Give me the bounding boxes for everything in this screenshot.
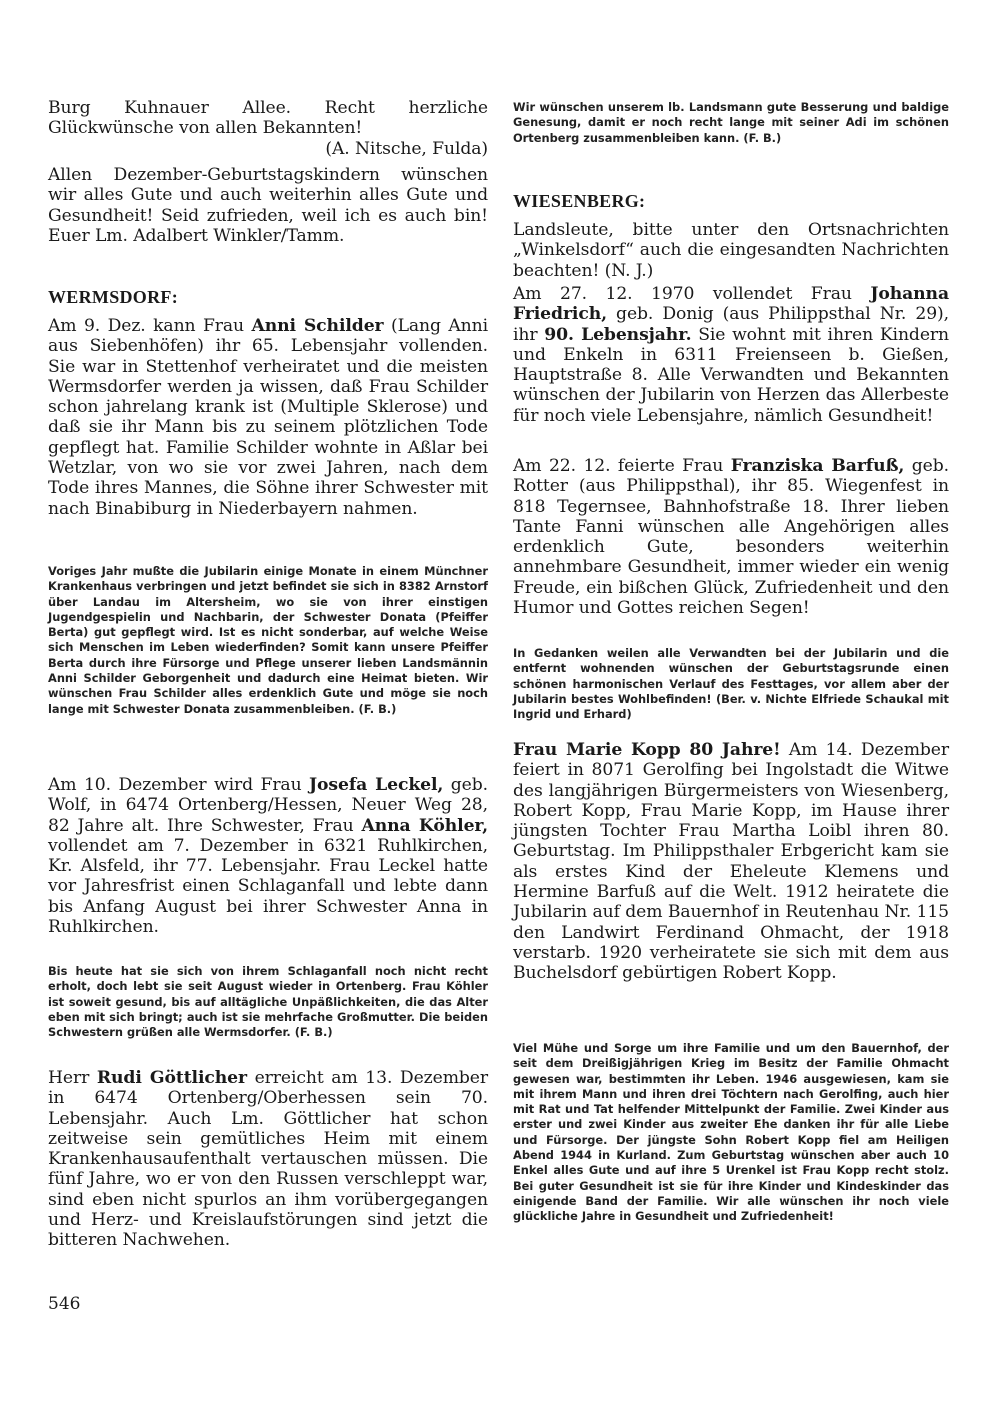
article-kopp-details: Viel Mühe und Sorge um ihre Familie und … [513, 1041, 949, 1225]
text: Am 27. 12. 1970 vollendet Frau [513, 284, 870, 304]
person-name: Anni Schilder [251, 316, 383, 336]
age: 90. Lebensjahr. [544, 325, 691, 345]
person-name: Anna Köhler, [362, 816, 489, 836]
article-goettlicher: Herr Rudi Göttlicher erreicht am 13. Dez… [48, 1068, 488, 1251]
page-number: 546 [48, 1294, 80, 1314]
article-schilder: Am 9. Dez. kann Frau Anni Schilder (Lang… [48, 316, 488, 519]
text: Am 14. Dezember feiert in 8071 Gerolfing… [513, 740, 949, 983]
paragraph-kuhnauer: Burg Kuhnauer Allee. Recht herzliche Glü… [48, 98, 488, 139]
article-leckel: Am 10. Dezember wird Frau Josefa Leckel,… [48, 775, 488, 937]
notice-winkelsdorf: Landsleute, bitte unter den Ortsnachrich… [513, 220, 949, 281]
text: Herr [48, 1068, 97, 1088]
signature-nitsche: (A. Nitsche, Fulda) [48, 139, 488, 159]
article-title: Frau Marie Kopp 80 Jahre! [513, 740, 781, 760]
text: erreicht am 13. Dezember in 6474 Ortenbe… [48, 1068, 488, 1250]
article-friedrich: Am 27. 12. 1970 vollendet Frau Johanna F… [513, 284, 949, 426]
article-barfuss-details: In Gedanken weilen alle Verwandten bei d… [513, 646, 949, 722]
person-name: Franziska Barfuß, [731, 456, 905, 476]
text: geb. Rotter (aus Philippsthal), ihr 85. … [513, 456, 949, 618]
article-goettlicher-details: Wir wünschen unserem lb. Landsmann gute … [513, 100, 949, 146]
heading-wermsdorf: WERMSDORF: [48, 287, 488, 308]
person-name: Josefa Leckel, [309, 775, 443, 795]
text: (Lang Anni aus Siebenhöfen) ihr 65. Lebe… [48, 316, 488, 519]
text: Am 9. Dez. kann Frau [48, 316, 251, 336]
article-kopp: Frau Marie Kopp 80 Jahre! Am 14. Dezembe… [513, 740, 949, 984]
text: vollendet am 7. Dezember in 6321 Ruhlkir… [48, 836, 488, 937]
article-leckel-details: Bis heute hat sie sich von ihrem Schlaga… [48, 964, 488, 1040]
paragraph-december-birthdays: Allen Dezember-Geburtstagskindern wünsch… [48, 165, 488, 246]
article-schilder-details: Voriges Jahr mußte die Jubilarin einige … [48, 564, 488, 717]
text: Am 22. 12. feierte Frau [513, 456, 731, 476]
article-barfuss: Am 22. 12. feierte Frau Franziska Barfuß… [513, 456, 949, 618]
article-nitsche: Burg Kuhnauer Allee. Recht herzliche Glü… [48, 98, 488, 159]
text: Am 10. Dezember wird Frau [48, 775, 309, 795]
heading-wiesenberg: WIESENBERG: [513, 191, 949, 212]
person-name: Rudi Göttlicher [97, 1068, 247, 1088]
